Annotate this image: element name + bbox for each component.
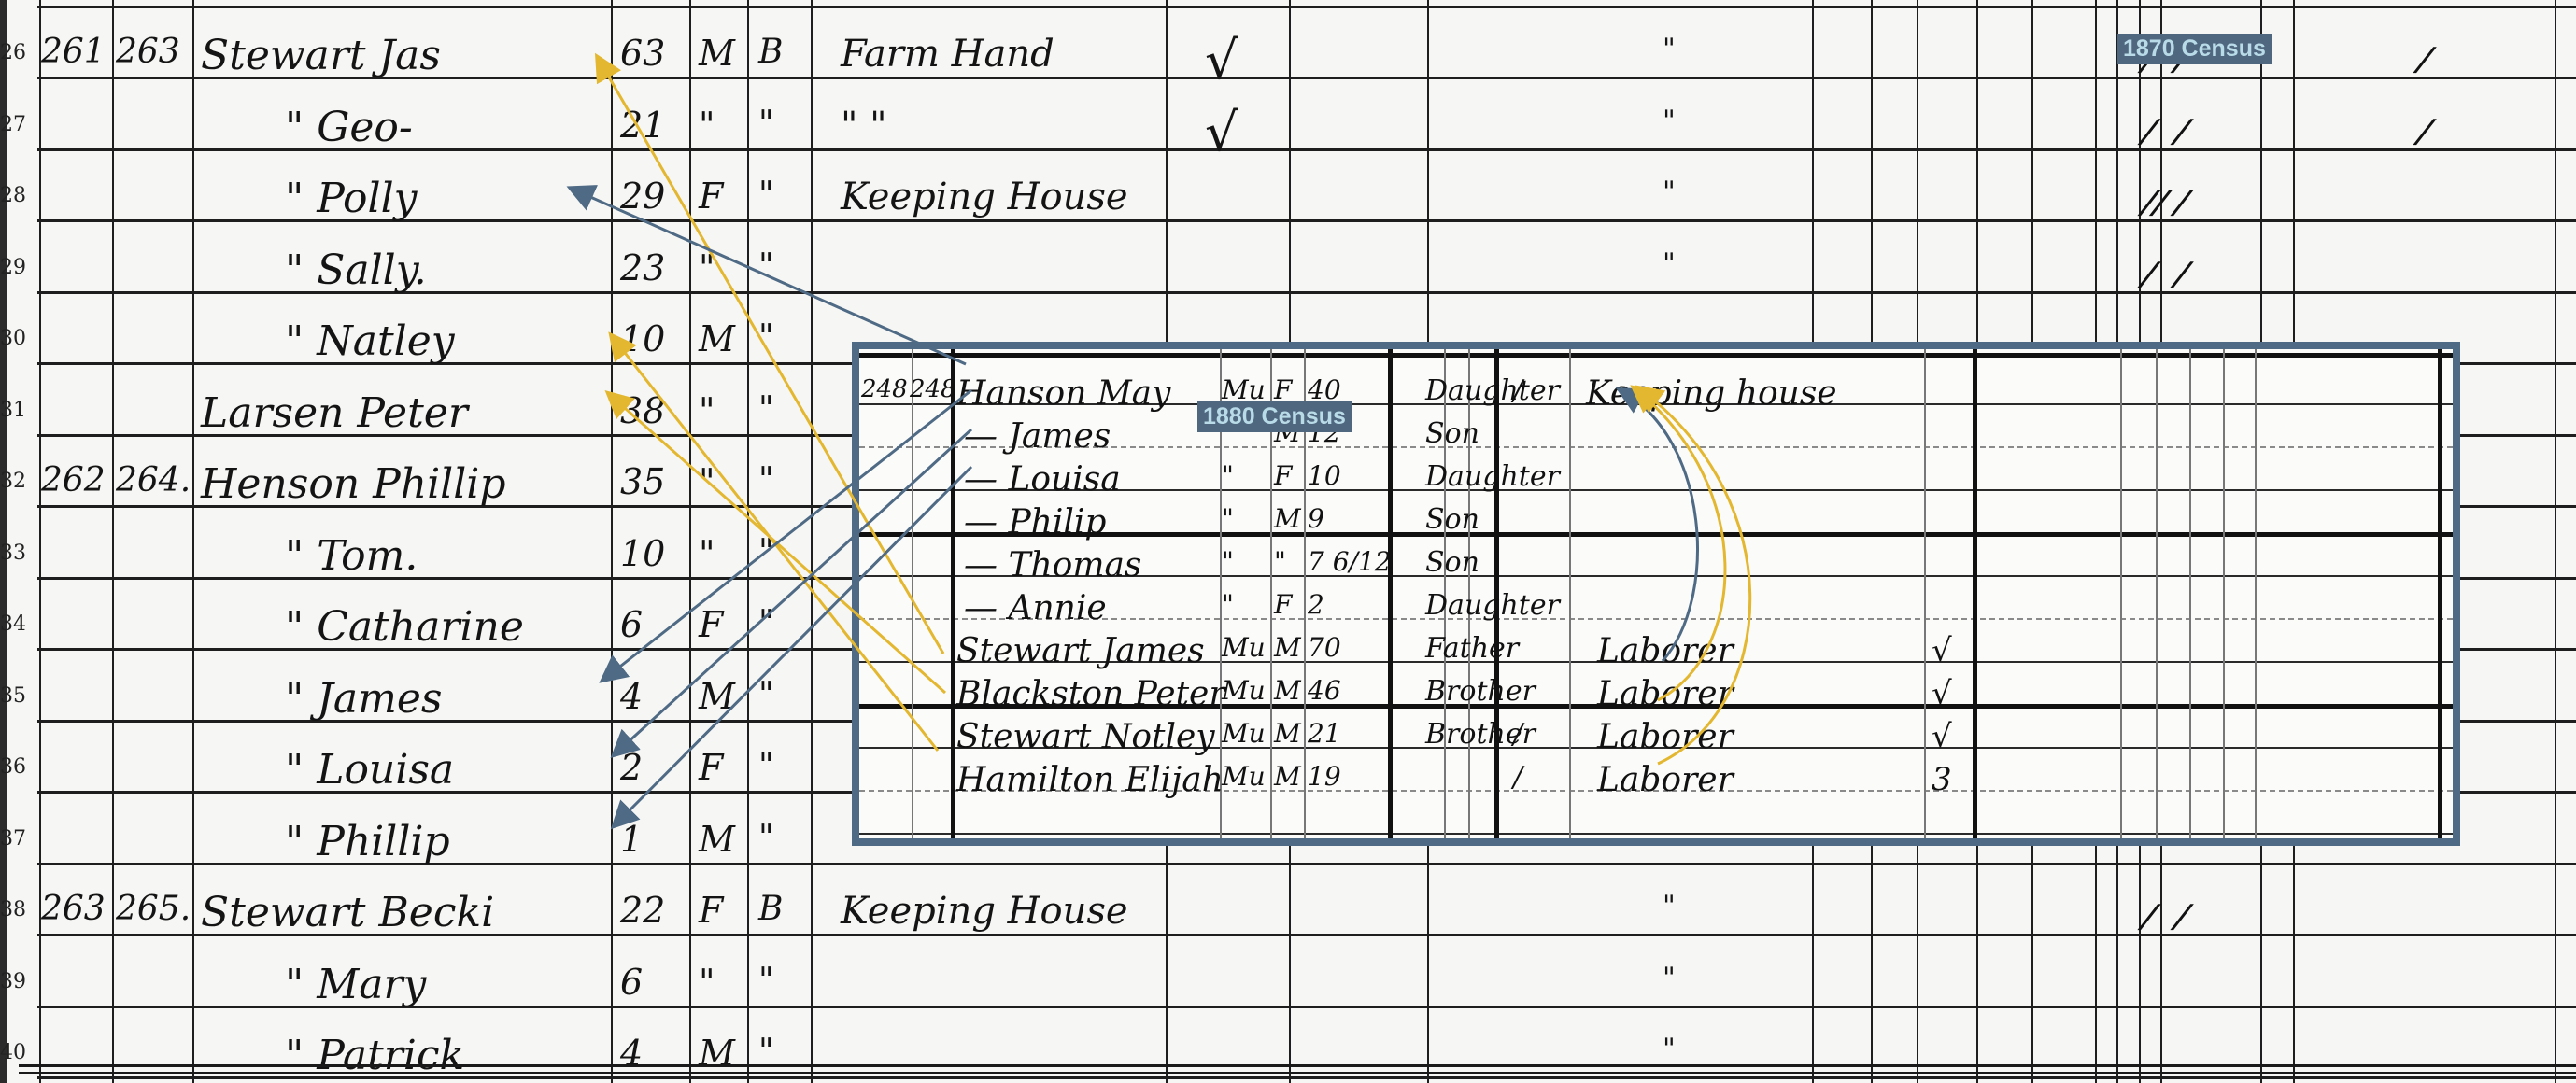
relationship: Son bbox=[1425, 506, 1479, 534]
color: Mu bbox=[1222, 721, 1266, 747]
row-rule bbox=[37, 219, 2576, 222]
relationship: Father bbox=[1425, 635, 1519, 663]
color: B bbox=[758, 893, 783, 926]
age: 2 bbox=[1308, 592, 1324, 618]
column-rule bbox=[689, 0, 691, 1083]
person-name: Stewart James bbox=[956, 635, 1205, 668]
age: 4 bbox=[620, 679, 643, 714]
person-name: — Philip bbox=[964, 506, 1106, 540]
family-number: 264. bbox=[116, 464, 191, 498]
occupation: Laborer bbox=[1597, 678, 1734, 711]
color: " bbox=[758, 822, 774, 855]
tally-mark: / bbox=[2411, 113, 2440, 150]
dwelling-number: 248 bbox=[861, 377, 908, 401]
row-rule bbox=[37, 148, 2576, 151]
color: Mu bbox=[1222, 678, 1266, 704]
age: 1 bbox=[620, 822, 643, 857]
color: " bbox=[758, 750, 774, 783]
mark: / bbox=[1513, 764, 1522, 792]
sex: M bbox=[699, 822, 735, 857]
person-name: Hamilton Elijah bbox=[956, 764, 1224, 797]
person-name: " Sally. bbox=[285, 250, 427, 291]
color: " bbox=[758, 964, 774, 998]
age: 19 bbox=[1308, 764, 1341, 790]
inset-row-rule bbox=[859, 833, 2453, 835]
sex: " bbox=[699, 250, 715, 286]
sex: " bbox=[699, 464, 715, 499]
occupation: Keeping house bbox=[1586, 377, 1837, 411]
person-name: " Catharine bbox=[285, 607, 524, 648]
age: 38 bbox=[620, 393, 665, 429]
age: 70 bbox=[1308, 635, 1341, 661]
inset-column-rule bbox=[1973, 349, 1977, 838]
person-name: Hanson May bbox=[956, 377, 1170, 411]
census-1880-inset: 248248Hanson MayMuF40Daughter/Keeping ho… bbox=[852, 342, 2460, 846]
family-number: 265. bbox=[116, 893, 191, 926]
inset-column-rule bbox=[951, 349, 955, 838]
ditto-mark: " bbox=[1663, 35, 1676, 63]
occupation: Laborer bbox=[1597, 721, 1734, 754]
relationship: Daughter bbox=[1425, 592, 1560, 620]
dwelling-number: 263 bbox=[41, 893, 106, 926]
sex: " bbox=[699, 393, 715, 429]
sex: F bbox=[699, 750, 723, 785]
line-number: 28 bbox=[0, 184, 21, 207]
inset-column-rule bbox=[2156, 349, 2158, 838]
color: " bbox=[758, 178, 774, 212]
line-number: 34 bbox=[0, 612, 21, 636]
inset-column-rule bbox=[1924, 349, 1926, 838]
line-number: 40 bbox=[0, 1041, 21, 1064]
line-number: 38 bbox=[0, 898, 21, 921]
line-number: 30 bbox=[0, 327, 21, 350]
color: " bbox=[1222, 592, 1234, 618]
sex: M bbox=[699, 679, 735, 714]
color: " bbox=[758, 679, 774, 712]
person-name: Blackston Peter bbox=[956, 678, 1225, 711]
tally-mark: / bbox=[2168, 256, 2197, 293]
sex: M bbox=[1274, 721, 1301, 747]
tally-mark: / bbox=[2168, 898, 2197, 935]
dwelling-number: 261 bbox=[41, 35, 106, 69]
column-rule bbox=[747, 0, 749, 1083]
line-number: 26 bbox=[0, 41, 21, 64]
person-name: — Annie bbox=[964, 592, 1107, 626]
person-name: — Louisa bbox=[964, 463, 1121, 497]
color: Mu bbox=[1222, 377, 1266, 403]
tally-mark: / bbox=[2168, 113, 2197, 150]
age: 7 6/12 bbox=[1308, 549, 1392, 575]
color: " bbox=[758, 536, 774, 570]
color: Mu bbox=[1222, 635, 1266, 661]
line-number: 39 bbox=[0, 970, 21, 993]
sex: F bbox=[699, 607, 723, 642]
ditto-mark: " bbox=[1663, 178, 1676, 206]
ditto-mark: " bbox=[1663, 893, 1676, 921]
occupation: Laborer bbox=[1597, 635, 1734, 668]
line-number: 32 bbox=[0, 470, 21, 493]
inset-column-rule bbox=[1388, 349, 1393, 838]
bottom-double-rule-2 bbox=[19, 1072, 2576, 1074]
tally-mark: / bbox=[2411, 41, 2440, 78]
person-name: Larsen Peter bbox=[201, 393, 468, 434]
age: 10 bbox=[620, 536, 665, 571]
person-name: " Polly bbox=[285, 178, 418, 219]
inset-column-rule bbox=[1569, 349, 1571, 838]
column-rule bbox=[2555, 0, 2556, 1083]
age: 6 bbox=[620, 964, 643, 1000]
color: " bbox=[758, 464, 774, 498]
sex: M bbox=[1274, 678, 1301, 704]
person-name: Stewart Notley bbox=[956, 721, 1215, 754]
column-rule bbox=[112, 0, 114, 1083]
age: 35 bbox=[620, 464, 665, 499]
color: " bbox=[1222, 549, 1234, 575]
age: 6 bbox=[620, 607, 643, 642]
sex: F bbox=[1274, 377, 1292, 403]
person-name: " Geo- bbox=[285, 107, 413, 148]
occupation: " " bbox=[841, 107, 887, 145]
sex: F bbox=[1274, 463, 1292, 489]
age: 21 bbox=[620, 107, 665, 143]
relationship: Son bbox=[1425, 549, 1479, 577]
color: Mu bbox=[1222, 764, 1266, 790]
sex: M bbox=[699, 321, 735, 357]
line-number: 37 bbox=[0, 827, 21, 851]
relationship: Daughter bbox=[1425, 463, 1560, 491]
mark: / bbox=[1513, 721, 1522, 749]
line-number: 27 bbox=[0, 113, 21, 136]
person-name: " Louisa bbox=[285, 750, 454, 791]
age: 10 bbox=[1308, 463, 1341, 489]
sex: F bbox=[699, 178, 723, 214]
bottom-double-rule bbox=[19, 1064, 2576, 1067]
age: 40 bbox=[1308, 377, 1341, 403]
line-number: 36 bbox=[0, 755, 21, 779]
dwelling-number: 262 bbox=[41, 464, 106, 498]
check-mark: √ bbox=[1932, 635, 1952, 667]
column-rule bbox=[811, 0, 813, 1083]
person-name: " Phillip bbox=[285, 822, 450, 863]
family-number: 263 bbox=[116, 35, 180, 69]
age: 10 bbox=[620, 321, 665, 357]
inset-top-rule bbox=[859, 353, 2453, 358]
color: " bbox=[1222, 506, 1234, 532]
occupation: Laborer bbox=[1597, 764, 1734, 797]
check-mark: 3 bbox=[1932, 764, 1952, 795]
person-name: Henson Phillip bbox=[201, 464, 506, 505]
inset-column-rule bbox=[2189, 349, 2191, 838]
inset-column-rule bbox=[2255, 349, 2257, 838]
ditto-mark: " bbox=[1663, 964, 1676, 992]
person-name: — Thomas bbox=[964, 549, 1141, 583]
person-name: — James bbox=[964, 420, 1111, 454]
row-rule bbox=[37, 6, 2576, 8]
color: " bbox=[758, 250, 774, 284]
relationship: Daughter bbox=[1425, 377, 1560, 405]
color: " bbox=[1222, 463, 1234, 489]
check-mark: √ bbox=[1205, 107, 1238, 160]
occupation: Keeping House bbox=[841, 893, 1128, 930]
label-1880-census: 1880 Census bbox=[1197, 401, 1352, 432]
person-name: " Patrick bbox=[285, 1035, 464, 1076]
color: " bbox=[758, 321, 774, 355]
check-mark: √ bbox=[1205, 35, 1238, 88]
column-rule bbox=[192, 0, 194, 1083]
line-number: 29 bbox=[0, 256, 21, 279]
sex: F bbox=[699, 893, 723, 928]
occupation: Farm Hand bbox=[841, 35, 1054, 73]
inset-column-rule bbox=[2438, 349, 2442, 838]
sex: " bbox=[1274, 549, 1286, 575]
person-name: " Natley bbox=[285, 321, 455, 362]
person-name: " Mary bbox=[285, 964, 426, 1006]
label-1870-census: 1870 Census bbox=[2117, 34, 2272, 64]
sex: M bbox=[1274, 764, 1301, 790]
sex: " bbox=[699, 536, 715, 571]
inset-column-rule bbox=[912, 349, 913, 838]
age: 21 bbox=[1308, 721, 1341, 747]
person-name: " James bbox=[285, 679, 442, 720]
inset-column-rule bbox=[2120, 349, 2122, 838]
check-mark: √ bbox=[1932, 678, 1952, 710]
age: 29 bbox=[620, 178, 665, 214]
occupation: Keeping House bbox=[841, 178, 1128, 216]
color: " bbox=[758, 107, 774, 141]
ditto-mark: " bbox=[1663, 250, 1676, 278]
check-mark: √ bbox=[1932, 721, 1952, 752]
age: 22 bbox=[620, 893, 665, 928]
line-number: 31 bbox=[0, 399, 21, 422]
column-rule bbox=[611, 0, 613, 1083]
inset-column-rule bbox=[2223, 349, 2225, 838]
relationship: Son bbox=[1425, 420, 1479, 448]
sex: M bbox=[1274, 635, 1301, 661]
person-name: Stewart Becki bbox=[201, 893, 494, 934]
age: 46 bbox=[1308, 678, 1341, 704]
color: " bbox=[758, 393, 774, 427]
sex: F bbox=[1274, 592, 1292, 618]
color: " bbox=[758, 607, 774, 640]
ditto-mark: " bbox=[1663, 1035, 1676, 1063]
sex: " bbox=[699, 964, 715, 1000]
ditto-mark: " bbox=[1663, 107, 1676, 135]
age: 9 bbox=[1308, 506, 1324, 532]
age: 63 bbox=[620, 35, 665, 71]
family-number: 248 bbox=[910, 377, 956, 401]
person-name: " Tom. bbox=[285, 536, 418, 577]
line-number: 35 bbox=[0, 684, 21, 708]
age: 2 bbox=[620, 750, 643, 785]
sex: " bbox=[699, 107, 715, 143]
mark: / bbox=[1513, 377, 1522, 405]
sex: M bbox=[699, 35, 735, 71]
relationship: Brother bbox=[1425, 678, 1536, 706]
age: 23 bbox=[620, 250, 665, 286]
line-number: 33 bbox=[0, 541, 21, 565]
sex: M bbox=[1274, 506, 1301, 532]
person-name: Stewart Jas bbox=[201, 35, 441, 77]
color: B bbox=[758, 35, 783, 69]
